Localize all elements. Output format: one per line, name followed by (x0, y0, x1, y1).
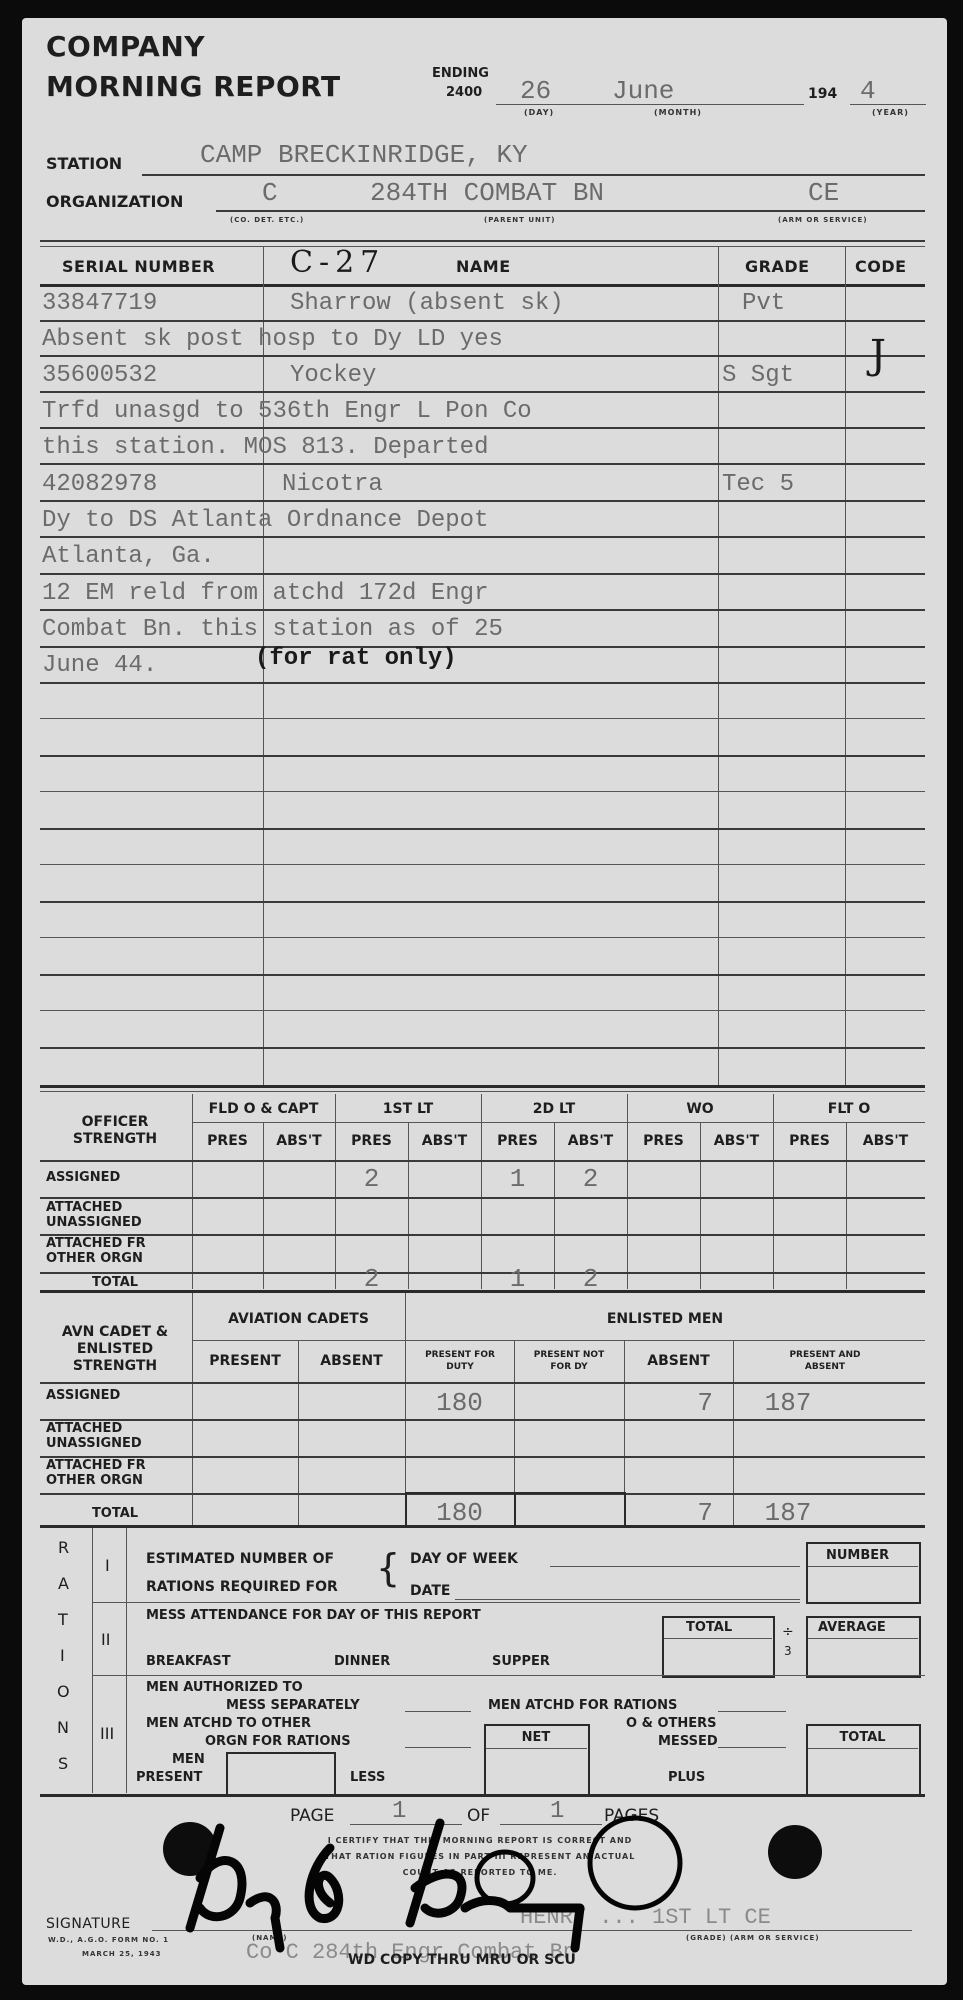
estimated-number-label: ESTIMATED NUMBER OF (146, 1552, 334, 1567)
officer-group-wo: WO (627, 1096, 773, 1122)
sub-pres: PRES (481, 1124, 554, 1158)
org-parent-caption: (PARENT UNIT) (484, 216, 555, 224)
row-line (40, 573, 925, 575)
orgn-for-rations-label: ORGN FOR RATIONS (205, 1734, 351, 1749)
row-line (40, 536, 925, 538)
enlisted-assigned-present-and-absent: 187 (733, 1386, 843, 1420)
serial-number-header: SERIAL NUMBER (62, 257, 215, 276)
col-divider-code (845, 246, 846, 1086)
entry-remark: Atlanta, Ga. (42, 543, 215, 570)
row-line (40, 828, 925, 830)
entry-remark: June 44. (42, 652, 157, 679)
sub-pres: PRES (773, 1124, 846, 1158)
enlisted-row-total: TOTAL (40, 1505, 190, 1521)
report-month[interactable]: June (612, 76, 674, 106)
men-authorized-label: MEN AUTHORIZED TO (146, 1680, 303, 1695)
enlisted-total-present-and-absent: 187 (733, 1496, 843, 1530)
form-title-line2: MORNING REPORT (46, 70, 341, 103)
box-divider (486, 1748, 587, 1749)
rations-side-letter: S (58, 1754, 68, 1773)
officer-row-attached-unassigned: ATTACHED UNASSIGNED (46, 1200, 156, 1230)
entries-header-bottom (40, 284, 925, 287)
enlisted-total-present-for-duty: 180 (405, 1496, 514, 1530)
entry-serial: 42082978 (42, 471, 157, 498)
row-line (40, 646, 925, 648)
org-arm-caption: (ARM OR SERVICE) (778, 216, 868, 224)
report-day[interactable]: 26 (520, 76, 551, 106)
entry-remark: this station. MOS 813. Departed (42, 434, 488, 461)
row-line (40, 609, 925, 611)
box-divider (664, 1638, 772, 1639)
row-line (40, 974, 925, 976)
form-date: MARCH 25, 1943 (82, 1950, 162, 1958)
entry-remark: Absent sk post hosp to Dy LD yes (42, 326, 503, 353)
net-label: NET (484, 1728, 588, 1746)
messed-underline (718, 1747, 786, 1748)
dinner-label: DINNER (334, 1654, 390, 1669)
row-line (40, 463, 925, 465)
officer-total-1stlt-pres: 2 (335, 1262, 408, 1296)
col-divider (92, 1528, 93, 1793)
row-line (40, 682, 925, 684)
box-divider (808, 1748, 918, 1749)
entry-annotation: (for rat only) (255, 645, 457, 672)
month-caption: (MONTH) (654, 108, 702, 117)
officer-strength-title: OFFICER STRENGTH (40, 1100, 190, 1162)
men-label: MEN (172, 1752, 205, 1767)
men-atchd-other-label: MEN ATCHD TO OTHER (146, 1716, 311, 1731)
org-parent-unit[interactable]: 284TH COMBAT BN (370, 178, 604, 208)
row-line (40, 1047, 925, 1049)
row-line (40, 718, 925, 719)
enlisted-total-absent: 7 (624, 1496, 733, 1530)
row-line (40, 500, 925, 502)
sub-pres: PRES (627, 1124, 700, 1158)
entry-remark: 12 EM reld from atchd 172d Engr (42, 580, 488, 607)
row-line (40, 1382, 925, 1384)
rations-side-letter: T (58, 1610, 68, 1629)
rations-side-letter: I (60, 1646, 65, 1665)
punch-hole-right (768, 1825, 822, 1879)
entries-top-border (40, 240, 925, 242)
o-others-label: O & OTHERS (626, 1716, 717, 1731)
row-line (92, 1675, 925, 1676)
orgn-rations-underline (405, 1747, 471, 1748)
station-label: STATION (46, 154, 122, 173)
day-caption: (DAY) (524, 108, 554, 117)
row-line (40, 1197, 925, 1199)
row-line (40, 427, 925, 429)
entry-grade: Tec 5 (722, 471, 794, 498)
officer-group-fld-capt: FLD O & CAPT (192, 1096, 335, 1122)
date-underline (455, 1599, 800, 1600)
organization-underline (216, 210, 925, 212)
officer-assigned-2dlt-pres: 1 (481, 1162, 554, 1196)
day-of-week-label: DAY OF WEEK (410, 1552, 518, 1567)
ending-time: 2400 (446, 85, 482, 100)
row-line (192, 1122, 925, 1123)
col-present-for-duty: PRESENT FOR DUTY (425, 1342, 495, 1380)
enlisted-assigned-absent: 7 (624, 1386, 733, 1420)
row-line (192, 1340, 925, 1341)
entries-top-border2 (40, 246, 925, 247)
enlisted-strength-title: AVN CADET & ENLISTED STRENGTH (40, 1318, 190, 1380)
officer-group-flt-o: FLT O (773, 1096, 925, 1122)
mess-attendance-label: MESS ATTENDANCE FOR DAY OF THIS REPORT (146, 1608, 481, 1623)
supper-label: SUPPER (492, 1654, 550, 1669)
enlisted-men-header: ENLISTED MEN (405, 1300, 925, 1338)
station-underline (142, 174, 925, 176)
officer-total-2dlt-pres: 1 (481, 1262, 554, 1296)
breakfast-label: BREAKFAST (146, 1654, 231, 1669)
code-header: CODE (855, 257, 907, 276)
enlisted-row-attached-other: ATTACHED FR OTHER ORGN (46, 1458, 156, 1488)
entry-grade: Pvt (742, 290, 785, 317)
brace-icon: { (376, 1548, 400, 1588)
row-line (40, 791, 925, 792)
box-divider (808, 1638, 918, 1639)
entries-bottom-border2 (40, 1091, 925, 1092)
entry-remark: Trfd unasgd to 536th Engr L Pon Co (42, 398, 532, 425)
officer-row-attached-other: ATTACHED FR OTHER ORGN (46, 1236, 156, 1266)
organization-label: ORGANIZATION (46, 192, 183, 211)
date-label: DATE (410, 1584, 450, 1599)
row-line (40, 355, 925, 357)
row-line (40, 937, 925, 938)
rations-side-letter: O (57, 1682, 70, 1701)
entry-name: Nicotra (282, 471, 383, 498)
officer-row-assigned: ASSIGNED (46, 1170, 120, 1185)
entry-code-handwritten: J (870, 332, 886, 378)
col-divider-grade (718, 246, 719, 1086)
atchd-rations-underline (718, 1711, 786, 1712)
rations-section-1-numeral: I (105, 1556, 110, 1575)
total-attendance-label: TOTAL (686, 1620, 732, 1635)
station-value[interactable]: CAMP BRECKINRIDGE, KY (200, 140, 528, 170)
date-underline (496, 104, 804, 105)
rations-side-letter: N (57, 1718, 69, 1737)
enlisted-assigned-present-for-duty: 180 (405, 1386, 514, 1420)
handwritten-signature (180, 1808, 720, 1958)
row-line (40, 755, 925, 757)
aviation-cadets-header: AVIATION CADETS (192, 1300, 405, 1338)
entry-remark: Dy to DS Atlanta Ordnance Depot (42, 507, 488, 534)
mess-separately-label: MESS SEPARATELY (226, 1698, 360, 1713)
rations-side-letter: R (58, 1538, 69, 1557)
total-present-not-for-duty-box (514, 1492, 626, 1528)
men-atchd-for-rations-label: MEN ATCHD FOR RATIONS (488, 1698, 677, 1713)
entry-grade: S Sgt (722, 362, 794, 389)
sub-abs: ABS'T (554, 1124, 627, 1158)
officer-assigned-1stlt-pres: 2 (335, 1162, 408, 1196)
report-year[interactable]: 4 (860, 76, 876, 106)
entry-serial: 35600532 (42, 362, 157, 389)
rations-side-letter: A (58, 1574, 69, 1593)
row-line (40, 1010, 925, 1011)
rations-section-2-numeral: II (101, 1630, 110, 1649)
col-present-and-absent: PRESENT AND ABSENT (770, 1342, 880, 1380)
officer-row-total: TOTAL (40, 1274, 190, 1290)
year-prefix: 194 (808, 86, 837, 102)
divide-sign-icon: ÷ (782, 1624, 794, 1640)
row-line (40, 864, 925, 865)
grade-header: GRADE (745, 257, 810, 276)
row-line (40, 391, 925, 393)
year-underline (850, 104, 926, 105)
messed-label: MESSED (658, 1734, 718, 1749)
entry-remark: Combat Bn. this station as of 25 (42, 616, 503, 643)
col-cadets-absent: ABSENT (298, 1342, 405, 1380)
enlisted-row-assigned: ASSIGNED (46, 1388, 120, 1403)
day-of-week-underline (550, 1566, 800, 1567)
sub-abs: ABS'T (263, 1124, 335, 1158)
col-cadets-present: PRESENT (192, 1342, 298, 1380)
entry-serial: 33847719 (42, 290, 157, 317)
org-company[interactable]: C (262, 178, 278, 208)
col-enlisted-absent: ABSENT (624, 1342, 733, 1380)
row-line (92, 1602, 800, 1603)
officer-total-2dlt-abs: 2 (554, 1262, 627, 1296)
officer-group-2d-lt: 2D LT (481, 1096, 627, 1122)
ending-label: ENDING (432, 66, 489, 81)
org-arm-service[interactable]: CE (808, 178, 839, 208)
mess-separately-underline (405, 1711, 471, 1712)
divide-by: 3 (784, 1644, 792, 1658)
sub-abs: ABS'T (700, 1124, 773, 1158)
officer-group-1st-lt: 1ST LT (335, 1096, 481, 1122)
rations-section-3-numeral: III (100, 1724, 114, 1743)
box-divider (808, 1566, 918, 1567)
name-header: NAME (456, 257, 511, 276)
year-caption: (YEAR) (872, 108, 909, 117)
number-label: NUMBER (826, 1548, 889, 1563)
row-line (40, 1234, 925, 1236)
present-label: PRESENT (136, 1770, 202, 1785)
form-number: W.D., A.G.O. FORM NO. 1 (48, 1936, 169, 1944)
sub-pres: PRES (335, 1124, 408, 1158)
rations-total-label: TOTAL (806, 1728, 919, 1746)
rations-bottom-border (40, 1794, 925, 1797)
row-line (40, 901, 925, 903)
org-company-caption: (CO. DET. ETC.) (230, 216, 304, 224)
report-code-handwritten: C-27 (290, 245, 385, 280)
row-line (40, 1456, 925, 1458)
officer-assigned-2dlt-abs: 2 (554, 1162, 627, 1196)
sub-abs: ABS'T (846, 1124, 925, 1158)
signature-label: SIGNATURE (46, 1916, 131, 1932)
sub-abs: ABS'T (408, 1124, 481, 1158)
average-label: AVERAGE (818, 1620, 886, 1635)
row-line (40, 320, 925, 322)
rations-required-label: RATIONS REQUIRED FOR (146, 1580, 338, 1595)
col-divider (126, 1528, 127, 1793)
less-label: LESS (350, 1770, 385, 1785)
entry-name: Sharrow (absent sk) (290, 290, 564, 317)
entries-bottom-border (40, 1085, 925, 1088)
enlisted-row-attached-unassigned: ATTACHED UNASSIGNED (46, 1421, 156, 1451)
plus-label: PLUS (668, 1770, 705, 1785)
sub-pres: PRES (192, 1124, 263, 1158)
men-present-box[interactable] (226, 1752, 336, 1796)
form-title-line1: COMPANY (46, 30, 205, 63)
col-present-not-for-duty: PRESENT NOT FOR DY (524, 1342, 614, 1380)
entry-name: Yockey (290, 362, 376, 389)
